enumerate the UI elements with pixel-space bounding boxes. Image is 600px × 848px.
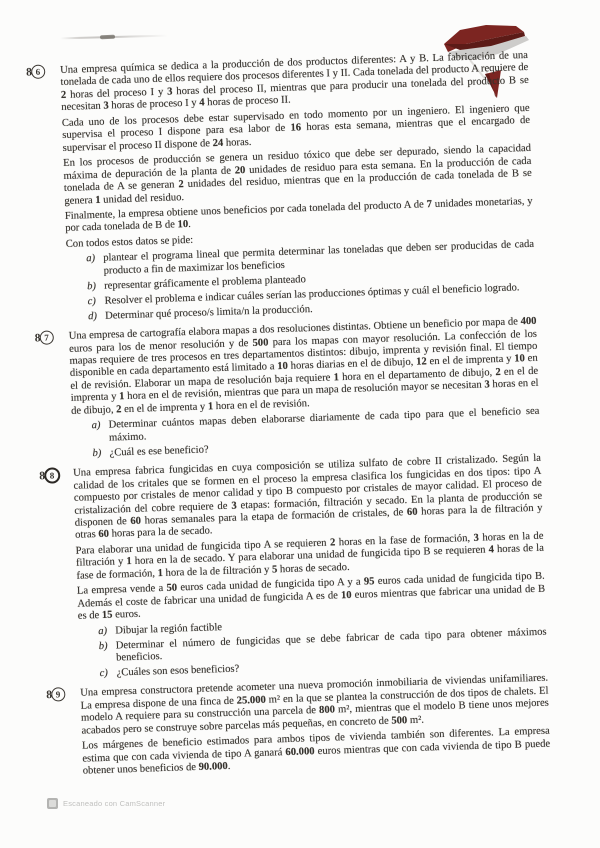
problem-paragraph: Una empresa fabrica fungicidas en cuya c…: [73, 453, 543, 543]
problem-items: a)Dibujar la región factible b)Determina…: [98, 611, 548, 680]
scan-smudge-mark: [100, 34, 115, 38]
problem-89-number: 89: [46, 688, 65, 703]
problem-86-number: 86: [26, 65, 45, 80]
item-label: b): [99, 640, 108, 653]
item-label: a): [98, 625, 107, 638]
problem-paragraph: Una empresa de cartografía elabora mapas…: [69, 316, 540, 418]
problem-items: a)plantear el programa lineal que permit…: [86, 239, 536, 323]
scanned-page: 86 Una empresa química se dedica a la pr…: [0, 0, 600, 848]
item-label: b): [87, 281, 96, 294]
problem-87-number: 87: [35, 330, 54, 345]
problems-text-block: 86 Una empresa química se dedica a la pr…: [30, 50, 551, 786]
watermark: Escaneado con CamScanner: [47, 798, 165, 809]
problem-number-circled: 7: [39, 330, 53, 344]
problem-number-circled: 8: [44, 467, 61, 484]
item-label: c): [99, 668, 108, 681]
problem-86: 86 Una empresa química se dedica a la pr…: [30, 50, 536, 325]
item-label: a): [91, 420, 100, 433]
item-label: a): [86, 253, 95, 266]
problem-87: 87 Una empresa de cartografía elabora ma…: [39, 316, 541, 462]
watermark-text: Escaneado con CamScanner: [63, 799, 165, 808]
item-text: ¿Cuáles son esos beneficios?: [116, 663, 239, 678]
problem-88-number: 88: [39, 467, 60, 484]
item-label: d): [88, 311, 97, 324]
item-text: ¿Cuál es ese beneficio?: [109, 444, 208, 458]
item-label: b): [92, 448, 101, 461]
item-label: c): [87, 296, 96, 309]
camscanner-icon: [47, 798, 58, 809]
problem-89: 89 Una empresa constructora pretende aco…: [50, 673, 551, 779]
item-text: Dibujar la región factible: [115, 622, 222, 636]
problem-number-circled: 6: [31, 65, 45, 79]
problem-88: 88 Una empresa fabrica fungicidas en cuy…: [43, 453, 548, 682]
problem-number-circled: 9: [51, 688, 65, 702]
